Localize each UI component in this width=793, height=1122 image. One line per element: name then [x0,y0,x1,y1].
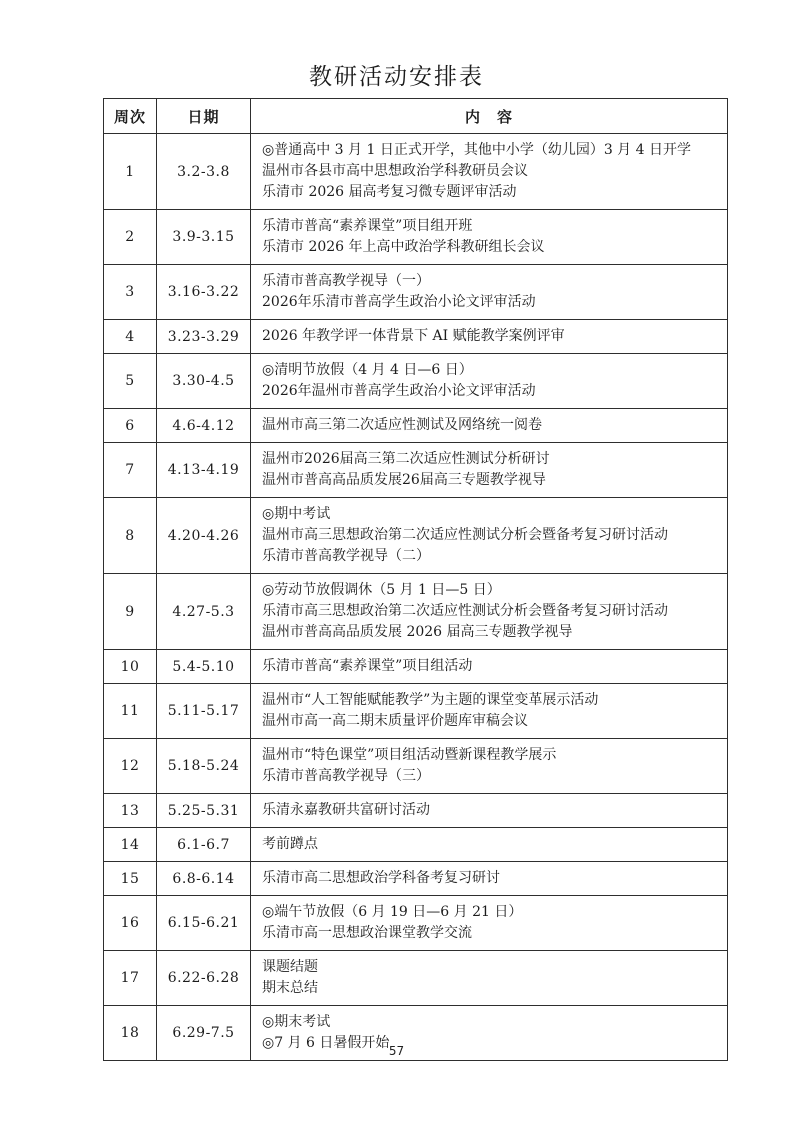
week-cell: 10 [104,650,157,684]
content-line: ◎期中考试 [262,504,719,525]
table-row: 8 4.20-4.26 ◎期中考试温州市高三思想政治第二次适应性测试分析会暨备考… [104,498,728,574]
content-line: 期末总结 [262,978,719,999]
content-line: 温州市“特色课堂”项目组活动暨新课程教学展示 [262,745,719,766]
date-cell: 3.2-3.8 [157,134,251,210]
date-cell: 5.18-5.24 [157,739,251,794]
date-cell: 3.16-3.22 [157,265,251,320]
content-line: 2026年温州市普高学生政治小论文评审活动 [262,381,719,402]
content-line: ◎普通高中 3 月 1 日正式开学，其他中小学（幼儿园）3 月 4 日开学 [262,140,719,161]
header-row: 周次 日期 内 容 [104,99,728,134]
content-line: 温州市2026届高三第二次适应性测试分析研讨 [262,449,719,470]
table-row: 1 3.2-3.8 ◎普通高中 3 月 1 日正式开学，其他中小学（幼儿园）3 … [104,134,728,210]
content-line: 乐清市普高“素养课堂”项目组开班 [262,216,719,237]
content-cell: 温州市“人工智能赋能教学”为主题的课堂变革展示活动温州市高一高二期末质量评价题库… [251,684,728,739]
week-cell: 2 [104,210,157,265]
col-header-content: 内 容 [251,99,728,134]
content-line: 乐清市 2026 届高考复习微专题评审活动 [262,182,719,203]
week-cell: 17 [104,951,157,1006]
content-line: 乐清市高二思想政治学科备考复习研讨 [262,868,719,889]
week-cell: 5 [104,354,157,409]
content-cell: ◎普通高中 3 月 1 日正式开学，其他中小学（幼儿园）3 月 4 日开学温州市… [251,134,728,210]
content-line: 温州市“人工智能赋能教学”为主题的课堂变革展示活动 [262,690,719,711]
table-row: 9 4.27-5.3 ◎劳动节放假调休（5 月 1 日—5 日）乐清市高三思想政… [104,574,728,650]
content-line: ◎期末考试 [262,1012,719,1033]
content-cell: 乐清市高二思想政治学科备考复习研讨 [251,862,728,896]
content-cell: 乐清市普高“素养课堂”项目组活动 [251,650,728,684]
week-cell: 8 [104,498,157,574]
content-cell: 2026 年教学评一体背景下 AI 赋能教学案例评审 [251,320,728,354]
date-cell: 4.20-4.26 [157,498,251,574]
content-line: 乐清市普高教学视导（一） [262,271,719,292]
content-cell: ◎期中考试温州市高三思想政治第二次适应性测试分析会暨备考复习研讨活动乐清市普高教… [251,498,728,574]
week-cell: 3 [104,265,157,320]
date-cell: 5.11-5.17 [157,684,251,739]
content-line: 课题结题 [262,957,719,978]
page-number: 57 [0,1044,793,1058]
content-line: 2026 年教学评一体背景下 AI 赋能教学案例评审 [262,326,719,347]
date-cell: 6.8-6.14 [157,862,251,896]
table-row: 3 3.16-3.22 乐清市普高教学视导（一）2026年乐清市普高学生政治小论… [104,265,728,320]
table-row: 6 4.6-4.12 温州市高三第二次适应性测试及网络统一阅卷 [104,409,728,443]
content-line: 乐清市高三思想政治第二次适应性测试分析会暨备考复习研讨活动 [262,601,719,622]
content-line: 乐清市普高教学视导（三） [262,766,719,787]
content-line: 温州市高一高二期末质量评价题库审稿会议 [262,711,719,732]
week-cell: 9 [104,574,157,650]
content-line: 2026年乐清市普高学生政治小论文评审活动 [262,292,719,313]
content-cell: 乐清市普高“素养课堂”项目组开班乐清市 2026 年上高中政治学科教研组长会议 [251,210,728,265]
page-title: 教研活动安排表 [0,58,793,91]
table-row: 10 5.4-5.10 乐清市普高“素养课堂”项目组活动 [104,650,728,684]
content-line: ◎端午节放假（6 月 19 日—6 月 21 日） [262,902,719,923]
week-cell: 15 [104,862,157,896]
date-cell: 4.13-4.19 [157,443,251,498]
table-row: 14 6.1-6.7 考前蹲点 [104,828,728,862]
date-cell: 6.22-6.28 [157,951,251,1006]
week-cell: 4 [104,320,157,354]
content-line: 温州市高三思想政治第二次适应性测试分析会暨备考复习研讨活动 [262,525,719,546]
content-line: 温州市各县市高中思想政治学科教研员会议 [262,161,719,182]
date-cell: 5.25-5.31 [157,794,251,828]
table-row: 15 6.8-6.14 乐清市高二思想政治学科备考复习研讨 [104,862,728,896]
table-row: 11 5.11-5.17 温州市“人工智能赋能教学”为主题的课堂变革展示活动温州… [104,684,728,739]
week-cell: 11 [104,684,157,739]
schedule-table: 周次 日期 内 容 1 3.2-3.8 ◎普通高中 3 月 1 日正式开学，其他… [103,98,728,1061]
content-line: 乐清市 2026 年上高中政治学科教研组长会议 [262,237,719,258]
content-line: 考前蹲点 [262,834,719,855]
content-cell: 温州市高三第二次适应性测试及网络统一阅卷 [251,409,728,443]
date-cell: 3.23-3.29 [157,320,251,354]
table-row: 17 6.22-6.28 课题结题期末总结 [104,951,728,1006]
table-row: 12 5.18-5.24 温州市“特色课堂”项目组活动暨新课程教学展示乐清市普高… [104,739,728,794]
content-cell: ◎端午节放假（6 月 19 日—6 月 21 日）乐清市高一思想政治课堂教学交流 [251,896,728,951]
date-cell: 4.27-5.3 [157,574,251,650]
content-line: 乐清永嘉教研共富研讨活动 [262,800,719,821]
content-cell: 乐清市普高教学视导（一）2026年乐清市普高学生政治小论文评审活动 [251,265,728,320]
content-line: 乐清市高一思想政治课堂教学交流 [262,923,719,944]
week-cell: 16 [104,896,157,951]
date-cell: 3.30-4.5 [157,354,251,409]
content-line: 温州市高三第二次适应性测试及网络统一阅卷 [262,415,719,436]
col-header-date: 日期 [157,99,251,134]
content-cell: 课题结题期末总结 [251,951,728,1006]
week-cell: 12 [104,739,157,794]
week-cell: 13 [104,794,157,828]
content-cell: ◎劳动节放假调休（5 月 1 日—5 日）乐清市高三思想政治第二次适应性测试分析… [251,574,728,650]
date-cell: 3.9-3.15 [157,210,251,265]
content-cell: ◎清明节放假（4 月 4 日—6 日）2026年温州市普高学生政治小论文评审活动 [251,354,728,409]
content-line: 乐清市普高“素养课堂”项目组活动 [262,656,719,677]
content-cell: 考前蹲点 [251,828,728,862]
table-row: 7 4.13-4.19 温州市2026届高三第二次适应性测试分析研讨温州市普高高… [104,443,728,498]
content-cell: 温州市2026届高三第二次适应性测试分析研讨温州市普高高品质发展26届高三专题教… [251,443,728,498]
table-row: 4 3.23-3.29 2026 年教学评一体背景下 AI 赋能教学案例评审 [104,320,728,354]
content-line: ◎清明节放假（4 月 4 日—6 日） [262,360,719,381]
content-line: 温州市普高高品质发展 2026 届高三专题教学视导 [262,622,719,643]
table-row: 2 3.9-3.15 乐清市普高“素养课堂”项目组开班乐清市 2026 年上高中… [104,210,728,265]
table-row: 16 6.15-6.21 ◎端午节放假（6 月 19 日—6 月 21 日）乐清… [104,896,728,951]
week-cell: 14 [104,828,157,862]
date-cell: 4.6-4.12 [157,409,251,443]
col-header-week: 周次 [104,99,157,134]
date-cell: 6.15-6.21 [157,896,251,951]
week-cell: 6 [104,409,157,443]
date-cell: 6.1-6.7 [157,828,251,862]
content-line: ◎劳动节放假调休（5 月 1 日—5 日） [262,580,719,601]
table-row: 13 5.25-5.31 乐清永嘉教研共富研讨活动 [104,794,728,828]
content-cell: 温州市“特色课堂”项目组活动暨新课程教学展示乐清市普高教学视导（三） [251,739,728,794]
week-cell: 7 [104,443,157,498]
content-cell: 乐清永嘉教研共富研讨活动 [251,794,728,828]
date-cell: 5.4-5.10 [157,650,251,684]
week-cell: 1 [104,134,157,210]
content-line: 温州市普高高品质发展26届高三专题教学视导 [262,470,719,491]
table-row: 5 3.30-4.5 ◎清明节放假（4 月 4 日—6 日）2026年温州市普高… [104,354,728,409]
content-line: 乐清市普高教学视导（二） [262,546,719,567]
document-page: 教研活动安排表 周次 日期 内 容 1 3.2-3.8 ◎普通高中 3 月 1 … [0,0,793,1122]
